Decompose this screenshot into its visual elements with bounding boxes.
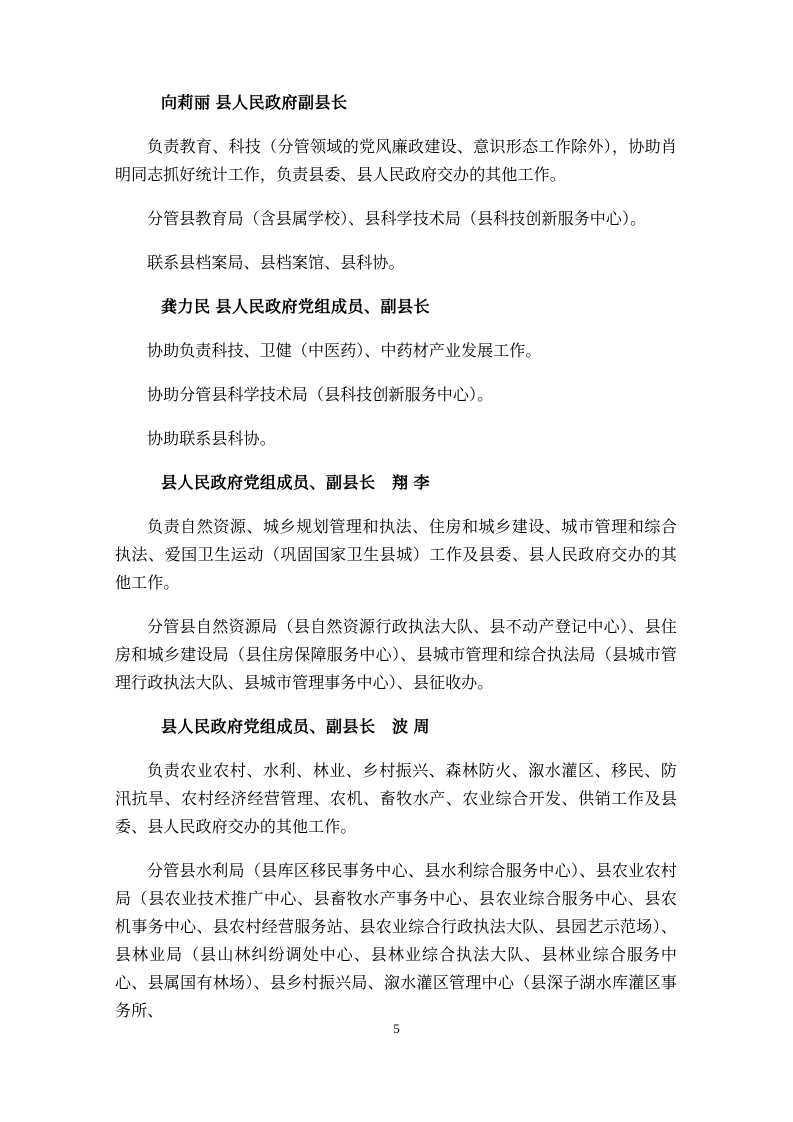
officer-heading: 县人民政府党组成员、副县长 翔 李 [115, 470, 677, 498]
officer-heading: 县人民政府党组成员、副县长 波 周 [115, 714, 677, 742]
duty-paragraph: 分管县教育局（含县属学校）、县科学技术局（县科技创新服务中心）。 [115, 206, 677, 234]
officer-section: 向莉丽 县人民政府副县长 负责教育、科技（分管领域的党风廉政建设、意识形态工作除… [115, 90, 677, 278]
duty-paragraph: 负责自然资源、城乡规划管理和执法、住房和城乡建设、城市管理和综合执法、爱国卫生运… [115, 514, 677, 598]
officer-section: 县人民政府党组成员、副县长 波 周 负责农业农村、水利、林业、乡村振兴、森林防火… [115, 714, 677, 1026]
duty-paragraph: 协助分管县科学技术局（县科技创新服务中心）。 [115, 382, 677, 410]
duty-paragraph: 协助负责科技、卫健（中医药）、中药材产业发展工作。 [115, 338, 677, 366]
officer-heading: 向莉丽 县人民政府副县长 [115, 90, 677, 118]
duty-paragraph: 负责农业农村、水利、林业、乡村振兴、森林防火、溆水灌区、移民、防汛抗旱、农村经济… [115, 758, 677, 842]
document-page: 向莉丽 县人民政府副县长 负责教育、科技（分管领域的党风廉政建设、意识形态工作除… [0, 0, 793, 1122]
page-number: 5 [0, 1020, 793, 1038]
officer-section: 龚力民 县人民政府党组成员、副县长 协助负责科技、卫健（中医药）、中药材产业发展… [115, 294, 677, 454]
duty-paragraph: 协助联系县科协。 [115, 426, 677, 454]
document-content: 向莉丽 县人民政府副县长 负责教育、科技（分管领域的党风廉政建设、意识形态工作除… [115, 90, 677, 1042]
duty-paragraph: 分管县自然资源局（县自然资源行政执法大队、县不动产登记中心）、县住房和城乡建设局… [115, 614, 677, 698]
officer-section: 县人民政府党组成员、副县长 翔 李 负责自然资源、城乡规划管理和执法、住房和城乡… [115, 470, 677, 698]
duty-paragraph: 联系县档案局、县档案馆、县科协。 [115, 250, 677, 278]
officer-heading: 龚力民 县人民政府党组成员、副县长 [115, 294, 677, 322]
duty-paragraph: 分管县水利局（县库区移民事务中心、县水利综合服务中心）、县农业农村局（县农业技术… [115, 858, 677, 1026]
duty-paragraph: 负责教育、科技（分管领域的党风廉政建设、意识形态工作除外），协助肖明同志抓好统计… [115, 134, 677, 190]
